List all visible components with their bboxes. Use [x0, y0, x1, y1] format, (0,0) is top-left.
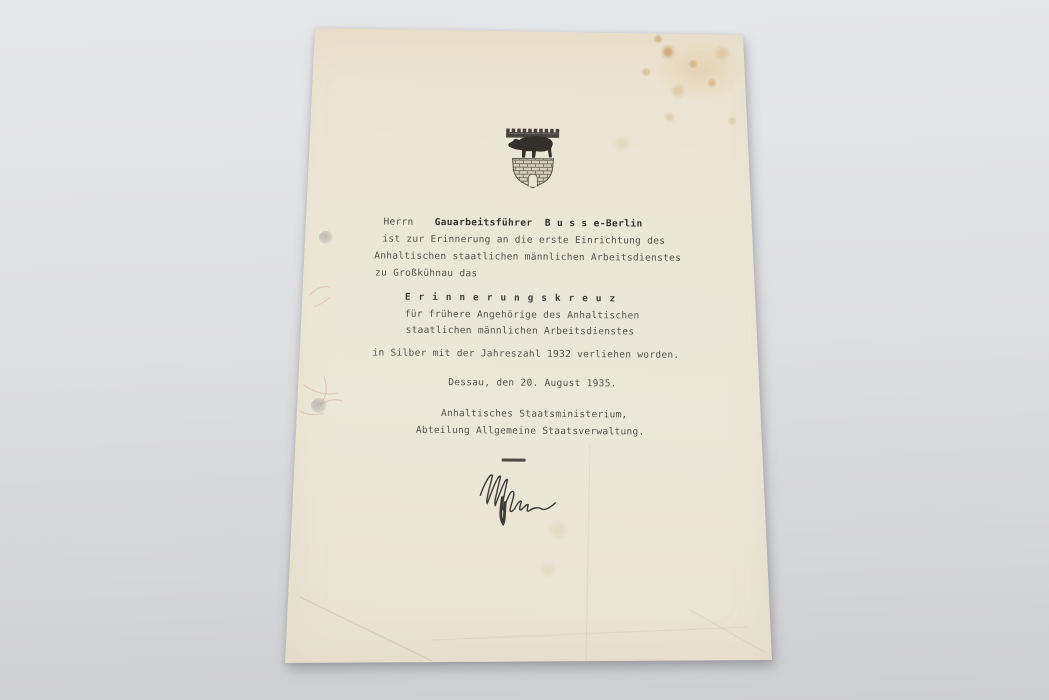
paper-sheet: HerrnGauarbeitsführer B u s s e-Berlin i… [280, 25, 780, 670]
signature-rule-dash [502, 458, 526, 461]
crest-bear [508, 136, 553, 158]
recipient-line: HerrnGauarbeitsführer B u s s e-Berlin [383, 217, 642, 231]
intro-line-2: Anhaltischen staatlichen männlichen Arbe… [374, 250, 681, 264]
dateline: Dessau, den 20. August 1935. [448, 377, 617, 390]
award-title: E r i n n e r u n g s k r e u z [405, 292, 616, 306]
document-content: HerrnGauarbeitsführer B u s s e-Berlin i… [275, 25, 780, 674]
handwritten-signature-icon [474, 464, 559, 527]
photo-scene: HerrnGauarbeitsführer B u s s e-Berlin i… [0, 0, 1049, 700]
intro-line-1: ist zur Erinnerung an die erste Einricht… [382, 234, 665, 248]
crest-gate [528, 174, 537, 187]
intro-line-3: zu Großkühnau das [375, 267, 477, 280]
anhalt-bear-crest-icon [505, 124, 562, 188]
award-line-2: staatlichen männlichen Arbeitsdienstes [406, 325, 635, 339]
salutation-text: Herrn [383, 217, 413, 228]
award-line-1: für frühere Angehörige des Anhaltischen [405, 309, 640, 323]
award-statement: in Silber mit der Jahreszahl 1932 verlie… [372, 347, 679, 361]
issuer-line-2: Abteilung Allgemeine Staatsverwaltung. [416, 425, 645, 439]
recipient-name: Gauarbeitsführer B u s s e-Berlin [435, 217, 643, 230]
document-paper: HerrnGauarbeitsführer B u s s e-Berlin i… [280, 25, 780, 670]
issuer-line-1: Anhaltisches Staatsministerium, [441, 408, 628, 421]
